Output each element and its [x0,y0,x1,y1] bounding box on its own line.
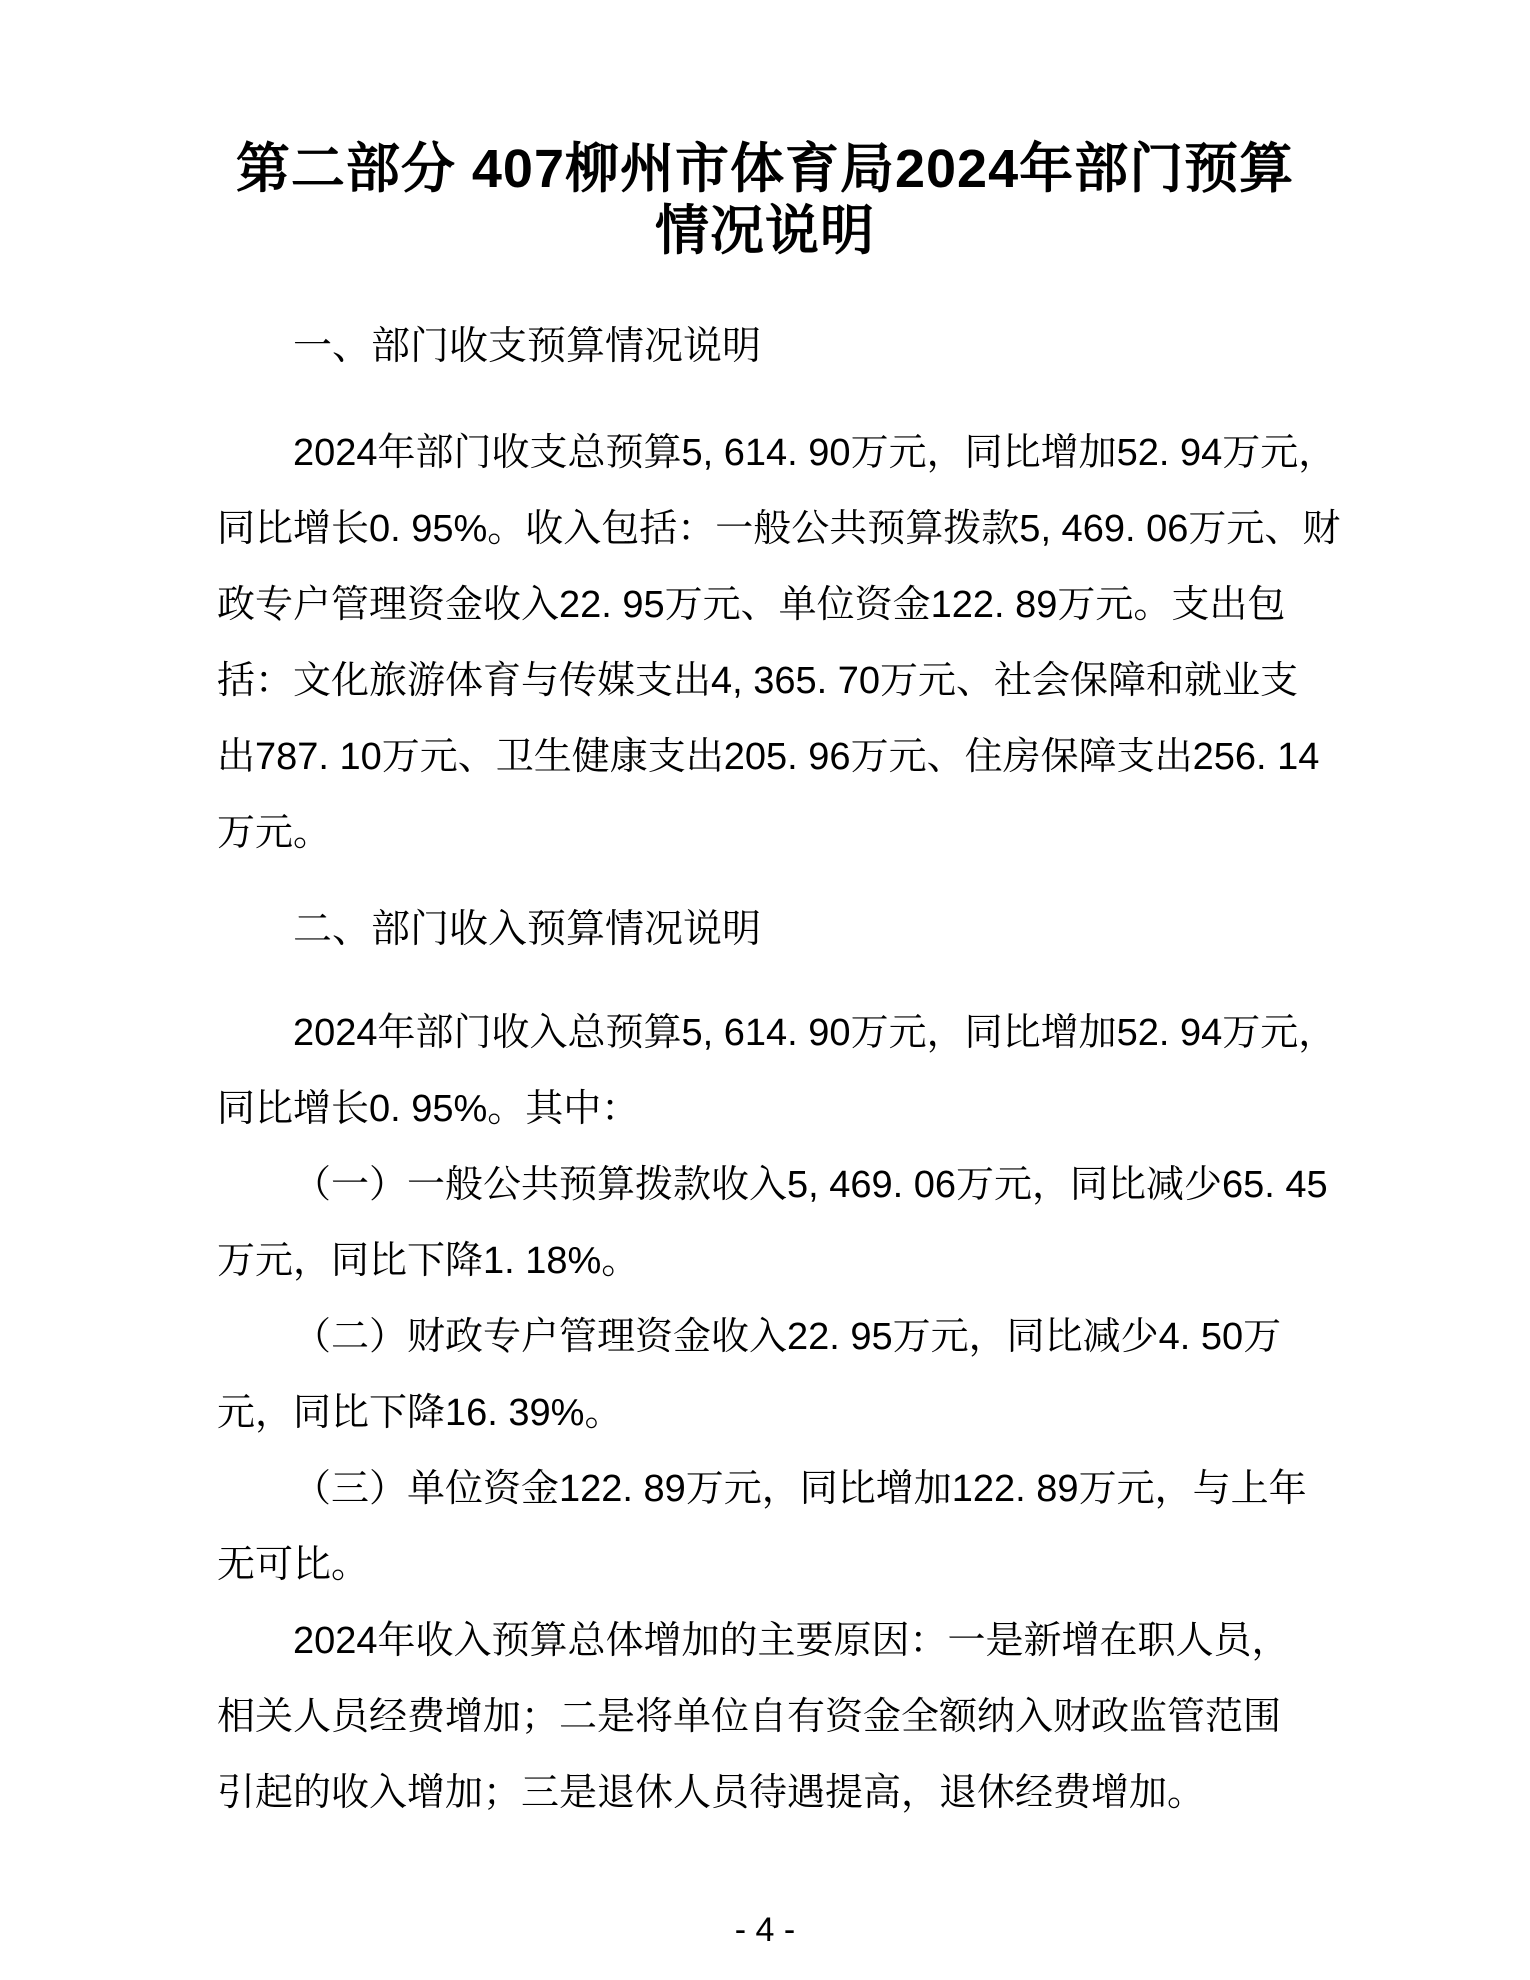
paragraph-line: 2024年部门收入总预算5, 614. 90万元，同比增加52. 94万元， [217,995,1360,1071]
title-line-2: 情况说明 [0,200,1530,262]
paragraph-line: 元，同比下降16. 39%。 [217,1375,1360,1451]
paragraph-line: 相关人员经费增加；二是将单位自有资金全额纳入财政监管范围 [217,1679,1360,1755]
document-body: 一、部门收支预算情况说明 2024年部门收支总预算5, 614. 90万元，同比… [0,309,1530,1831]
paragraph-line: （一）一般公共预算拨款收入5, 469. 06万元，同比减少65. 45 [217,1147,1360,1223]
paragraph-line: 出787. 10万元、卫生健康支出205. 96万元、住房保障支出256. 14 [217,719,1360,795]
paragraph-line: （三）单位资金122. 89万元，同比增加122. 89万元，与上年 [217,1451,1360,1527]
paragraph-item-1: （一）一般公共预算拨款收入5, 469. 06万元，同比减少65. 45 万元，… [217,1147,1360,1299]
title-line-1: 第二部分 407柳州市体育局2024年部门预算 [0,138,1530,200]
paragraph-line: 同比增长0. 95%。收入包括：一般公共预算拨款5, 469. 06万元、财 [217,491,1360,567]
paragraph-line: 万元，同比下降1. 18%。 [217,1223,1360,1299]
paragraph-line: 2024年收入预算总体增加的主要原因：一是新增在职人员， [217,1603,1360,1679]
page-number: - 4 - [735,1911,795,1949]
document-title: 第二部分 407柳州市体育局2024年部门预算 情况说明 [0,138,1530,262]
paragraph-line: 万元。 [217,795,1360,871]
paragraph-line: 括：文化旅游体育与传媒支出4, 365. 70万元、社会保障和就业支 [217,643,1360,719]
paragraph-budget-overview: 2024年部门收支总预算5, 614. 90万元，同比增加52. 94万元， 同… [217,415,1360,871]
paragraph-line: 政专户管理资金收入22. 95万元、单位资金122. 89万元。支出包 [217,567,1360,643]
paragraph-line: 引起的收入增加；三是退休人员待遇提高，退休经费增加。 [217,1755,1360,1831]
paragraph-line: 无可比。 [217,1527,1360,1603]
paragraph-line: （二）财政专户管理资金收入22. 95万元，同比减少4. 50万 [217,1299,1360,1375]
paragraph-income-overview: 2024年部门收入总预算5, 614. 90万元，同比增加52. 94万元， 同… [217,995,1360,1147]
paragraph-line: 2024年部门收支总预算5, 614. 90万元，同比增加52. 94万元， [217,415,1360,491]
page-footer: - 4 - [0,1905,1530,1955]
paragraph-item-3: （三）单位资金122. 89万元，同比增加122. 89万元，与上年 无可比。 [217,1451,1360,1603]
paragraph-item-2: （二）财政专户管理资金收入22. 95万元，同比减少4. 50万 元，同比下降1… [217,1299,1360,1451]
section-1-heading: 一、部门收支预算情况说明 [217,309,1360,385]
section-2-heading: 二、部门收入预算情况说明 [217,892,1360,968]
paragraph-increase-reasons: 2024年收入预算总体增加的主要原因：一是新增在职人员， 相关人员经费增加；二是… [217,1603,1360,1831]
document-page: 第二部分 407柳州市体育局2024年部门预算 情况说明 一、部门收支预算情况说… [0,0,1530,1980]
paragraph-line: 同比增长0. 95%。其中： [217,1071,1360,1147]
